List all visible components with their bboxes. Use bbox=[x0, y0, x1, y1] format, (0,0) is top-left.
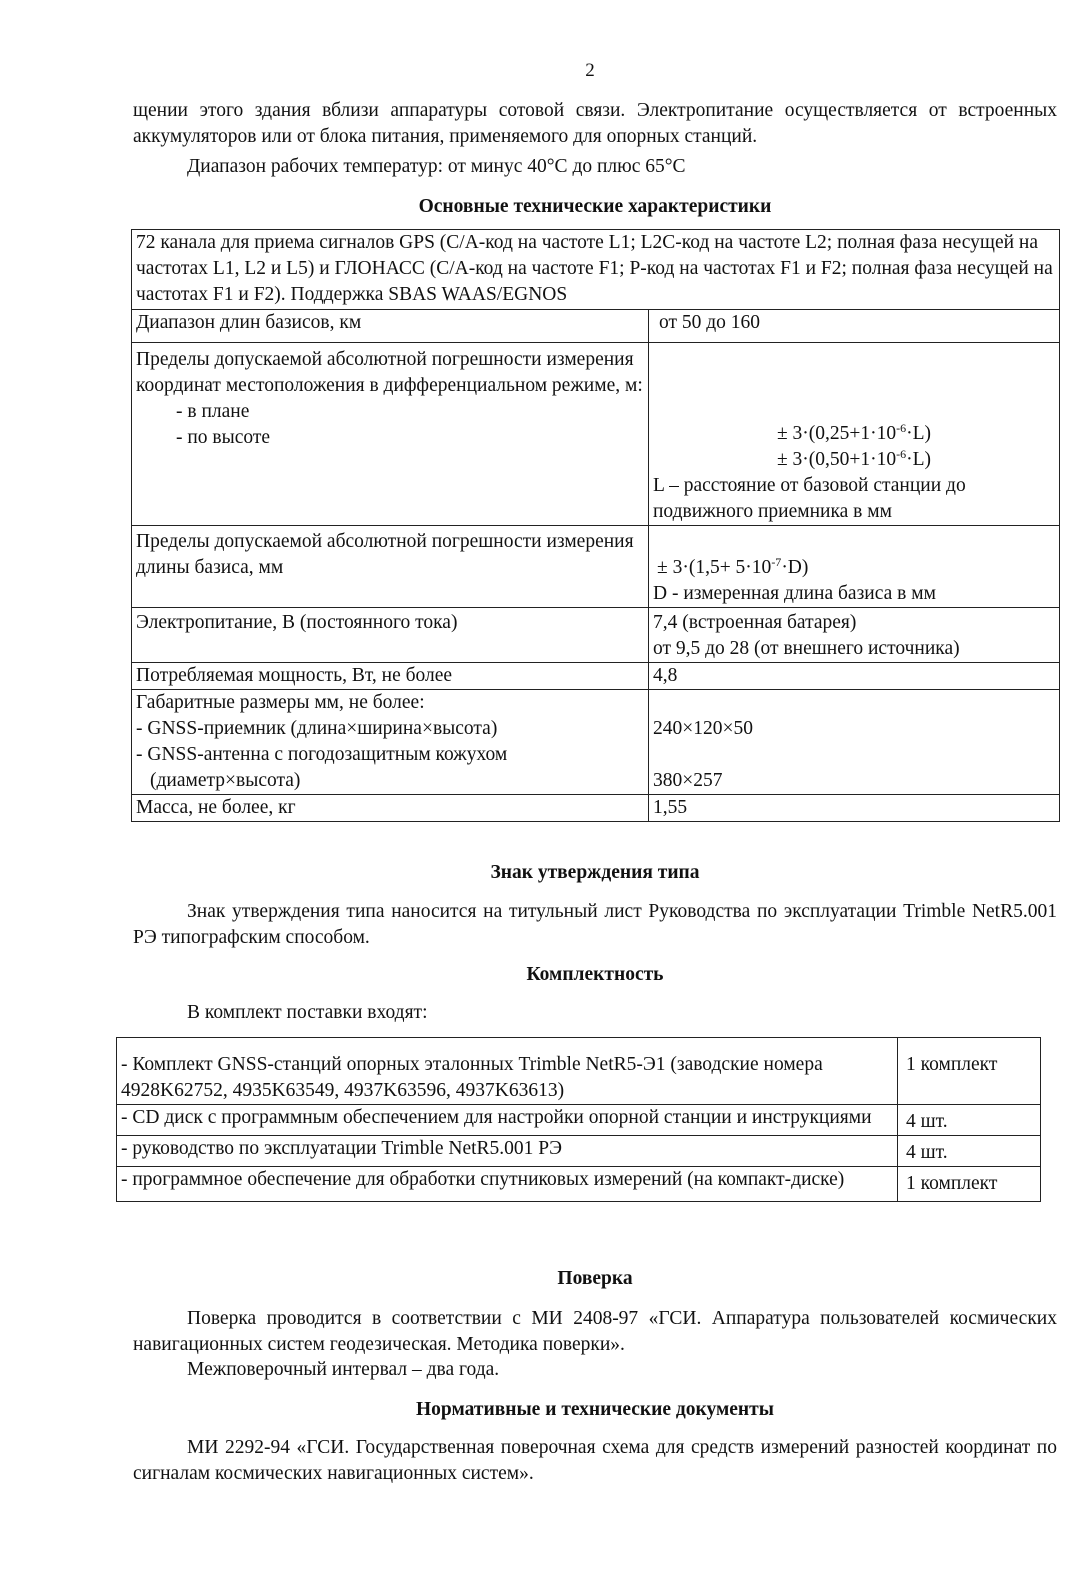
plan-label: - в плане bbox=[136, 399, 644, 425]
spec-heading: Основные технические характеристики bbox=[133, 194, 1057, 220]
baseline-range-label: Диапазон длин базисов, км bbox=[132, 310, 649, 343]
mass-label: Масса, не более, кг bbox=[132, 795, 649, 822]
table-row: - CD диск с программным обеспечением для… bbox=[117, 1105, 1041, 1136]
kit-item-name: - CD диск с программным обеспечением для… bbox=[117, 1105, 898, 1136]
documents-heading: Нормативные и технические документы bbox=[133, 1397, 1057, 1423]
kit-item-qty: 4 шт. bbox=[898, 1105, 1041, 1136]
power-label: Электропитание, В (постоянного тока) bbox=[132, 608, 649, 663]
baseline-error-value-cell: ± 3·(1,5+ 5·10-7·D) D - измеренная длина… bbox=[649, 526, 1060, 608]
table-row: Пределы допускаемой абсолютной погрешнос… bbox=[132, 526, 1060, 608]
table-row: Габаритные размеры мм, не более: - GNSS-… bbox=[132, 690, 1060, 795]
kit-item-qty: 1 комплект bbox=[898, 1038, 1041, 1105]
type-mark-text: Знак утверждения типа наносится на титул… bbox=[133, 899, 1057, 951]
table-row: Диапазон длин базисов, км от 50 до 160 bbox=[132, 310, 1060, 343]
receiver-dim-value: 240×120×50 bbox=[653, 716, 1055, 742]
kit-item-name: - руководство по эксплуатации Trimble Ne… bbox=[117, 1136, 898, 1167]
table-row: - Комплект GNSS-станций опорных эталонны… bbox=[117, 1038, 1041, 1105]
table-row: 72 канала для приема сигналов GPS (С/А-к… bbox=[132, 230, 1060, 310]
table-row: Потребляемая мощность, Вт, не более 4,8 bbox=[132, 663, 1060, 690]
height-value: ± 3·(0,50+1·10-6·L) bbox=[653, 447, 1055, 473]
table-row: - программное обеспечение для обработки … bbox=[117, 1167, 1041, 1202]
antenna-dim-label: - GNSS-антенна с погодозащитным кожухом bbox=[136, 742, 644, 768]
baseline-error-note: D - измеренная длина базиса в мм bbox=[653, 581, 1055, 607]
coord-error-label: Пределы допускаемой абсолютной погрешнос… bbox=[136, 347, 644, 399]
completeness-intro: В комплект поставки входят: bbox=[133, 1000, 1057, 1026]
baseline-error-value: ± 3·(1,5+ 5·10-7·D) bbox=[653, 555, 1055, 581]
verification-interval: Межповерочный интервал – два года. bbox=[133, 1357, 1057, 1383]
receiver-dim-label: - GNSS-приемник (длина×ширина×высота) bbox=[136, 716, 644, 742]
table-row: Пределы допускаемой абсолютной погрешнос… bbox=[132, 343, 1060, 526]
table-row: Масса, не более, кг 1,55 bbox=[132, 795, 1060, 822]
kit-item-name: - Комплект GNSS-станций опорных эталонны… bbox=[117, 1038, 898, 1105]
kit-item-name: - программное обеспечение для обработки … bbox=[117, 1167, 898, 1202]
coord-error-value-cell: ± 3·(0,25+1·10-6·L) ± 3·(0,50+1·10-6·L) … bbox=[649, 343, 1060, 526]
coord-error-label-cell: Пределы допускаемой абсолютной погрешнос… bbox=[132, 343, 649, 526]
page-number: 2 bbox=[0, 58, 1092, 84]
power-value-battery: 7,4 (встроенная батарея) bbox=[653, 610, 1055, 636]
table-row: Электропитание, В (постоянного тока) 7,4… bbox=[132, 608, 1060, 663]
intro-paragraph: щении этого здания вблизи аппаратуры сот… bbox=[133, 98, 1057, 150]
antenna-dim-value: 380×257 bbox=[653, 768, 1055, 794]
height-label: - по высоте bbox=[136, 425, 644, 451]
antenna-dim-label-2: (диаметр×высота) bbox=[136, 768, 644, 794]
documents-text: МИ 2292-94 «ГСИ. Государственная повероч… bbox=[133, 1435, 1057, 1487]
kit-item-qty: 1 комплект bbox=[898, 1167, 1041, 1202]
mass-value: 1,55 bbox=[649, 795, 1060, 822]
plan-value: ± 3·(0,25+1·10-6·L) bbox=[653, 421, 1055, 447]
completeness-heading: Комплектность bbox=[133, 962, 1057, 988]
power-value-cell: 7,4 (встроенная батарея) от 9,5 до 28 (о… bbox=[649, 608, 1060, 663]
consumption-label: Потребляемая мощность, Вт, не более bbox=[132, 663, 649, 690]
consumption-value: 4,8 bbox=[649, 663, 1060, 690]
baseline-error-label: Пределы допускаемой абсолютной погрешнос… bbox=[132, 526, 649, 608]
table-row: - руководство по эксплуатации Trimble Ne… bbox=[117, 1136, 1041, 1167]
verification-heading: Поверка bbox=[133, 1266, 1057, 1292]
channels-cell: 72 канала для приема сигналов GPS (С/А-к… bbox=[132, 230, 1060, 310]
kit-table: - Комплект GNSS-станций опорных эталонны… bbox=[116, 1037, 1041, 1202]
type-mark-heading: Знак утверждения типа bbox=[133, 860, 1057, 886]
temperature-range: Диапазон рабочих температур: от минус 40… bbox=[133, 154, 1057, 180]
dimensions-value-cell: 240×120×50 380×257 bbox=[649, 690, 1060, 795]
spec-table: 72 канала для приема сигналов GPS (С/А-к… bbox=[131, 229, 1060, 822]
kit-item-qty: 4 шт. bbox=[898, 1136, 1041, 1167]
dimensions-label-cell: Габаритные размеры мм, не более: - GNSS-… bbox=[132, 690, 649, 795]
power-value-external: от 9,5 до 28 (от внешнего источника) bbox=[653, 636, 1055, 662]
dimensions-label: Габаритные размеры мм, не более: bbox=[136, 690, 644, 716]
baseline-range-value: от 50 до 160 bbox=[649, 310, 1060, 343]
coord-error-note: L – расстояние от базовой станции до под… bbox=[653, 473, 1055, 525]
verification-text: Поверка проводится в соответствии с МИ 2… bbox=[133, 1306, 1057, 1358]
